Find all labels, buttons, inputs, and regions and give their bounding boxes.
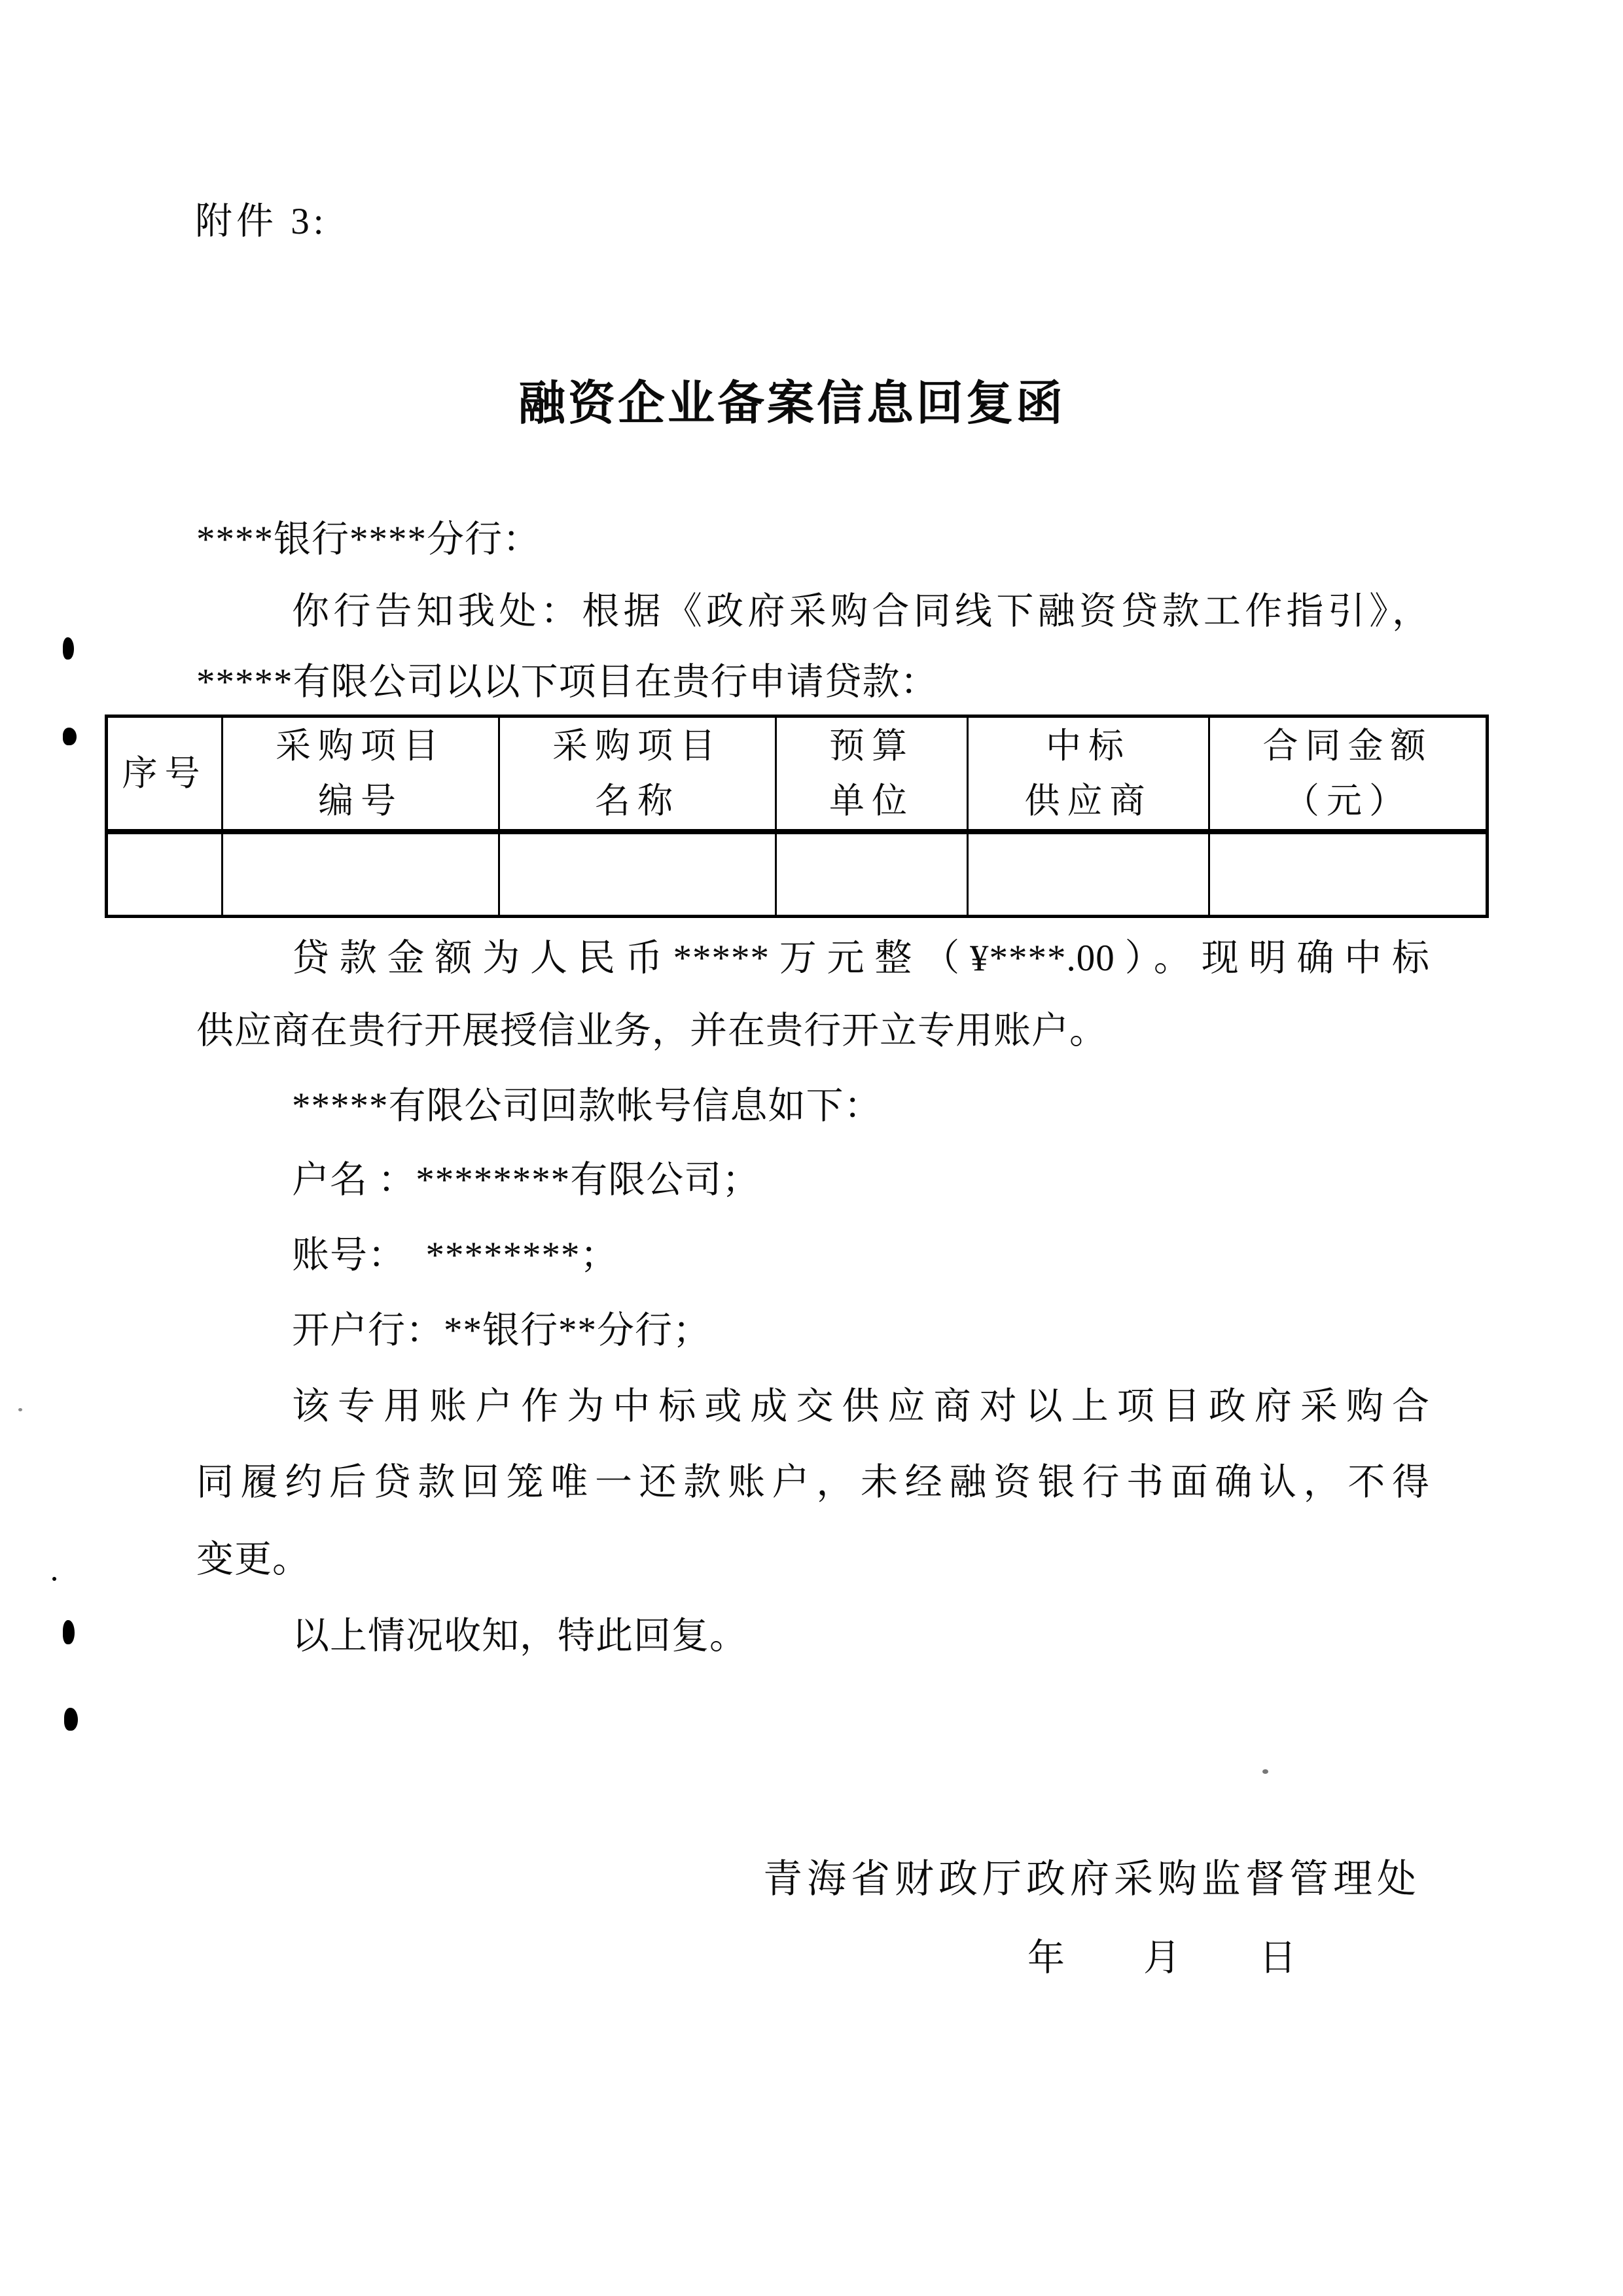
attachment-label: 附件 3:	[195, 191, 328, 245]
date-line: 年 月 日	[1027, 1928, 1298, 1981]
intro-line-2: *****有限公司以以下项目在贵行申请贷款：	[196, 662, 1430, 703]
clause-line-2: 同履约后贷款回笼唯一还款账户，未经融资银行书面确认，不得	[196, 1462, 1430, 1504]
table-header-seq: 序号	[107, 716, 223, 832]
empty-cell	[1209, 832, 1488, 917]
salutation-line: ****银行****分行：	[196, 519, 1430, 561]
header-text: 供应商	[969, 773, 1208, 828]
table-empty-row	[107, 832, 1488, 917]
header-text: 名称	[500, 773, 775, 828]
table-header-project-no: 采购项目 编号	[223, 716, 499, 832]
header-text: 采购项目	[500, 718, 775, 773]
clause-line-1: 该专用账户作为中标或成交供应商对以上项目政府采购合	[196, 1386, 1430, 1428]
ink-speck	[64, 1708, 78, 1731]
account-name-line: 户名 ：********有限公司；	[196, 1159, 1430, 1201]
signature-line: 青海省财政厅政府采购监督管理处	[763, 1848, 1421, 1904]
empty-cell	[223, 832, 499, 917]
header-text: 中标	[969, 718, 1208, 773]
empty-cell	[776, 832, 968, 917]
account-number-line: 账号： ********；	[196, 1235, 1430, 1277]
table-header-budget-unit: 预算 单位	[776, 716, 968, 832]
table-header-row: 序号 采购项目 编号 采购项目 名称 预算 单位 中标 供应商 合同金额 （元）	[107, 716, 1488, 832]
intro-line-1: 你行告知我处：根据《政府采购合同线下融资贷款工作指引》，	[196, 591, 1430, 633]
header-text: 预算	[777, 718, 967, 773]
table-header-winning-supplier: 中标 供应商	[968, 716, 1209, 832]
header-text: 编号	[223, 773, 498, 828]
empty-cell	[107, 832, 223, 917]
table-header-project-name: 采购项目 名称	[499, 716, 776, 832]
account-info-heading: *****有限公司回款帐号信息如下：	[196, 1086, 1430, 1127]
header-text: 采购项目	[223, 718, 498, 773]
projects-table: 序号 采购项目 编号 采购项目 名称 预算 单位 中标 供应商 合同金额 （元）	[105, 715, 1489, 918]
ink-speck	[52, 1577, 56, 1581]
scanned-document-page: 附件 3: 融资企业备案信息回复函 ****银行****分行： 你行告知我处：根…	[0, 0, 1623, 2296]
ink-speck	[63, 637, 74, 660]
ink-speck	[1262, 1769, 1268, 1774]
account-bank-line: 开户行：**银行**分行；	[196, 1310, 1430, 1352]
loan-amount-line-2: 供应商在贵行开展授信业务，并在贵行开立专用账户。	[196, 1010, 1430, 1052]
table-header-contract-amount: 合同金额 （元）	[1209, 716, 1488, 832]
header-text: 序号	[108, 746, 221, 801]
header-text: 单位	[777, 773, 967, 828]
header-text: 合同金额	[1210, 718, 1486, 773]
ink-speck	[63, 728, 77, 745]
empty-cell	[499, 832, 776, 917]
loan-amount-line-1: 贷款金额为人民币*****万元整（¥****.00）。现明确中标	[196, 938, 1430, 980]
ink-speck	[63, 1620, 75, 1644]
header-text: （元）	[1210, 773, 1486, 828]
ink-speck	[18, 1408, 22, 1411]
document-title: 融资企业备案信息回复函	[518, 365, 1065, 433]
empty-cell	[968, 832, 1209, 917]
clause-line-3: 变更。	[196, 1539, 1430, 1581]
closing-line: 以上情况收知，特此回复。	[196, 1616, 1430, 1657]
